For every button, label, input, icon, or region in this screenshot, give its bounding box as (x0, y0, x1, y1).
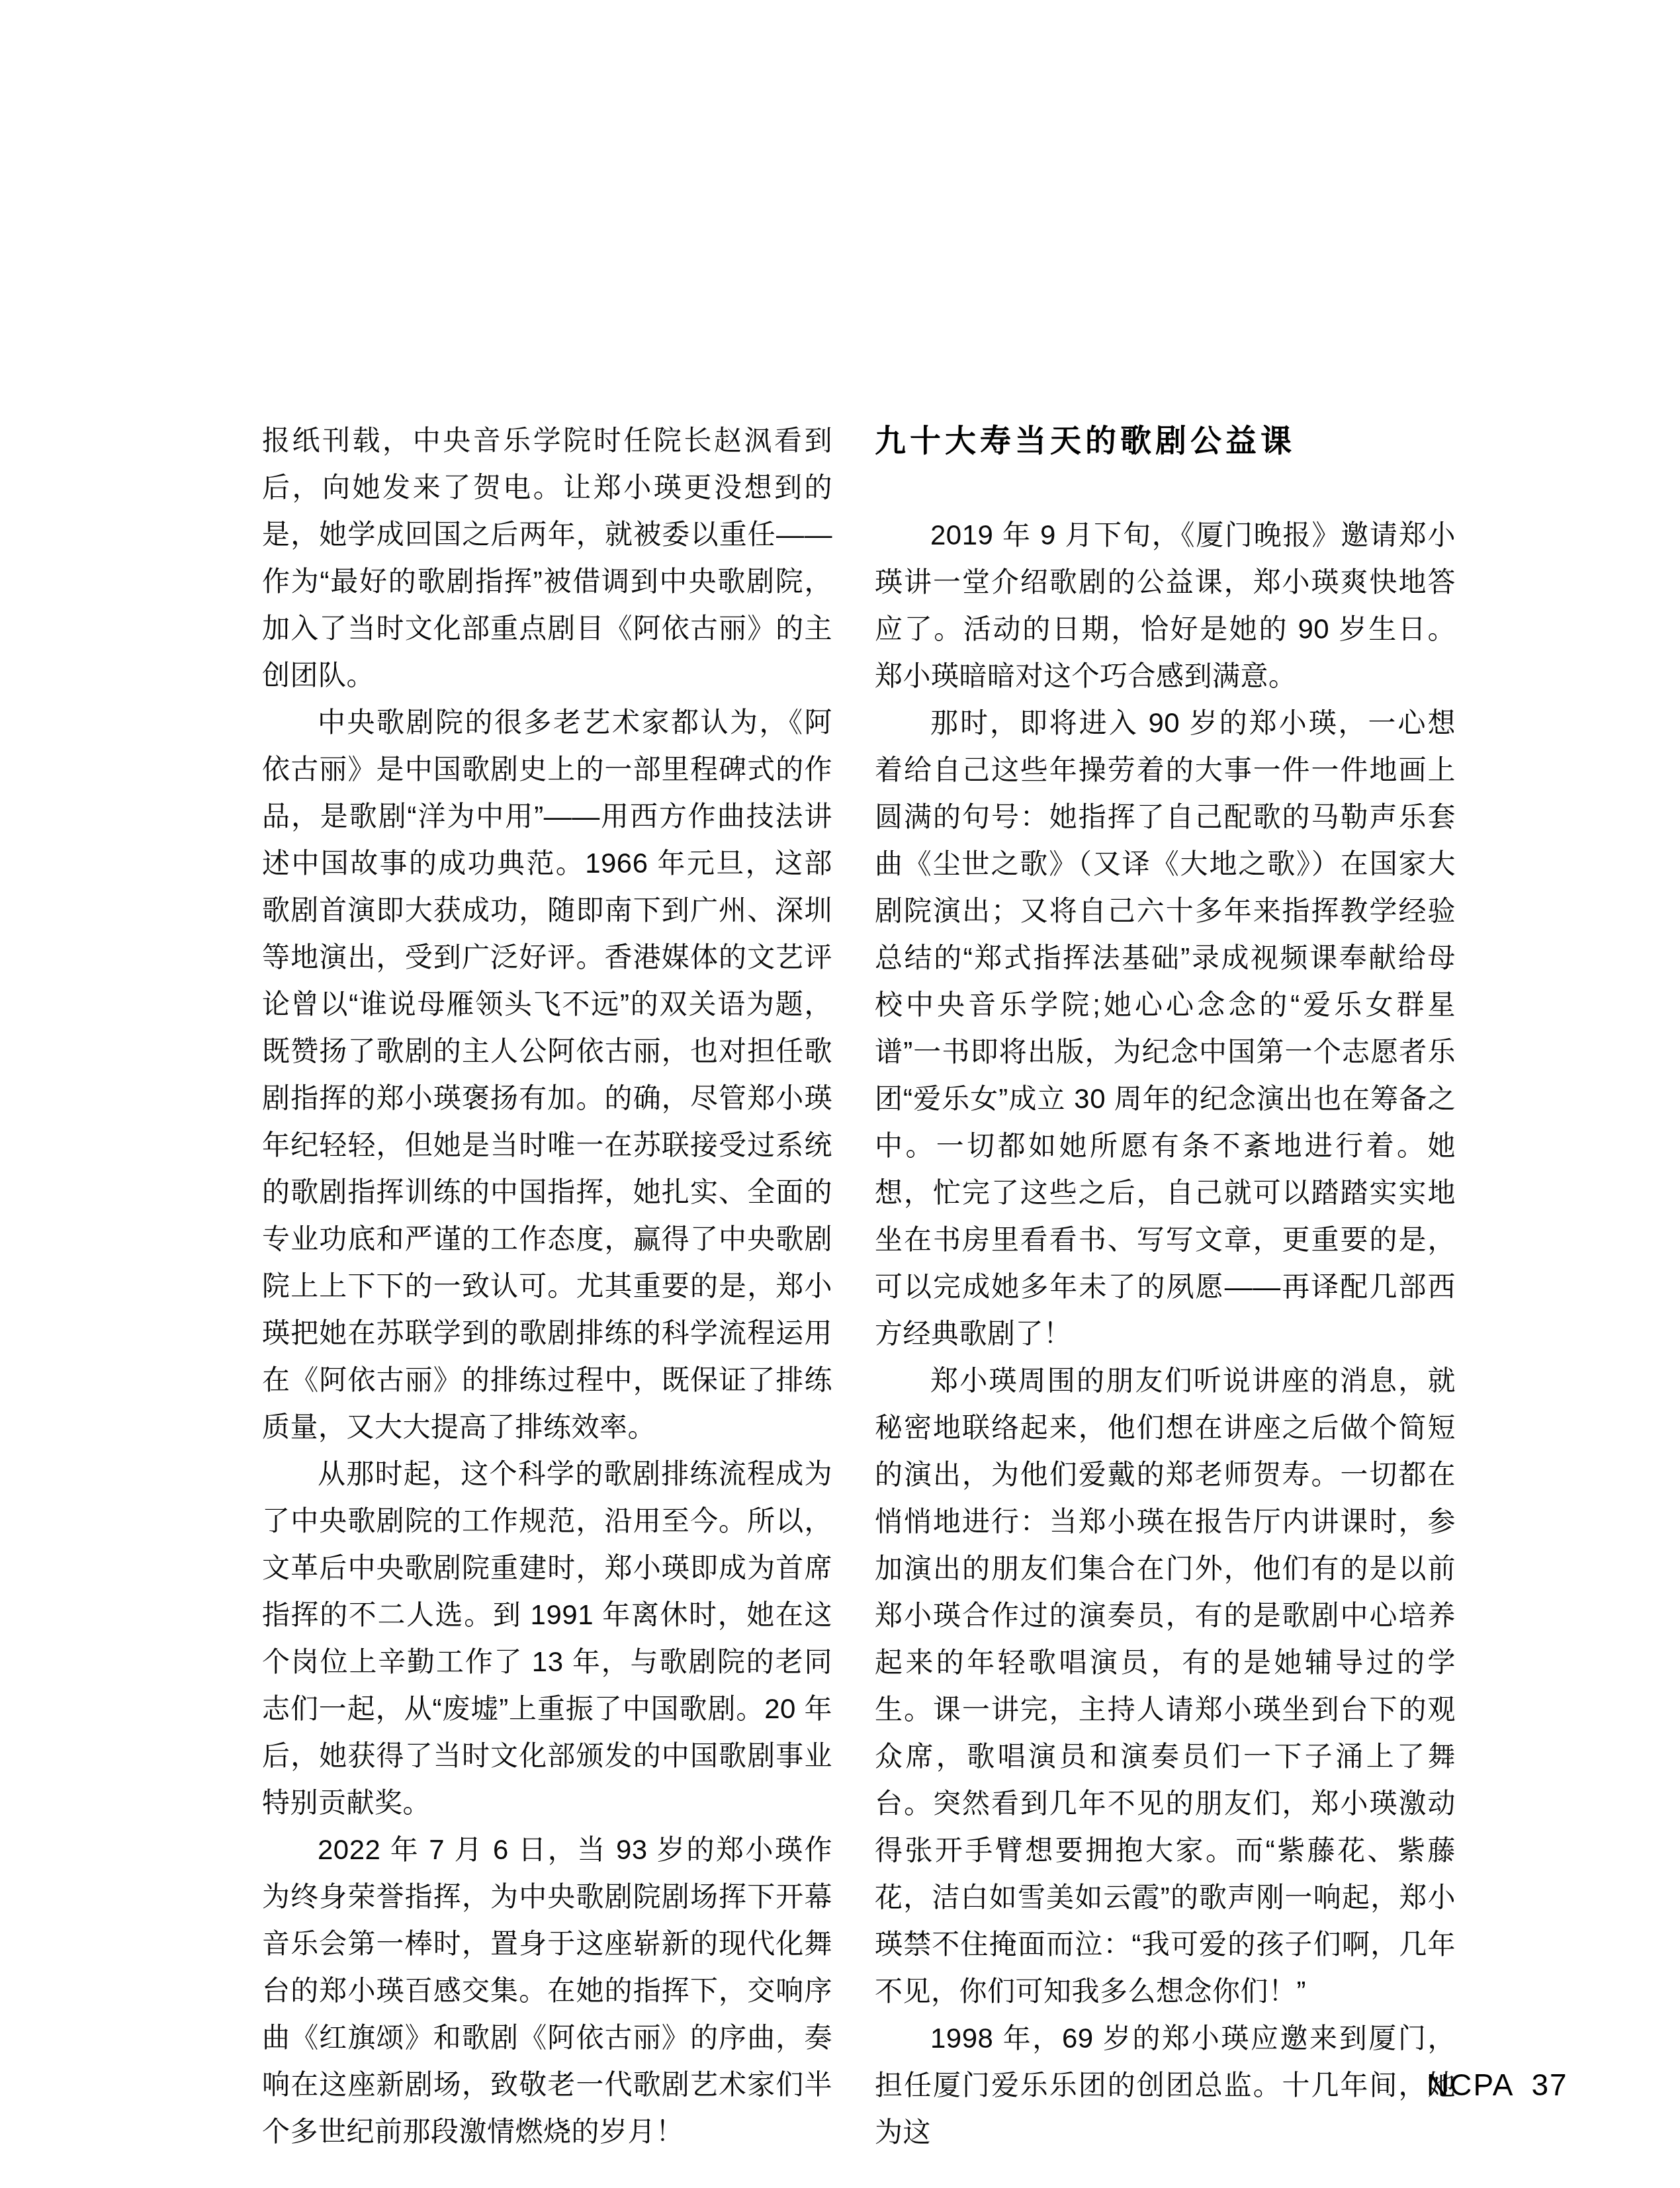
paragraph: 2022 年 7 月 6 日，当 93 岁的郑小瑛作为终身荣誉指挥，为中央歌剧院… (262, 1826, 832, 2155)
footer-page-number: 37 (1531, 2068, 1568, 2102)
paragraph: 1998 年，69 岁的郑小瑛应邀来到厦门，担任厦门爱乐乐团的创团总监。十几年间… (875, 2015, 1456, 2156)
section-heading: 九十大寿当天的歌剧公益课 (875, 417, 1456, 464)
magazine-page: 报纸刊载，中央音乐学院时任院长赵沨看到后，向她发来了贺电。让郑小瑛更没想到的是，… (0, 0, 1680, 2188)
paragraph: 从那时起，这个科学的歌剧排练流程成为了中央歌剧院的工作规范，沿用至今。所以，文革… (262, 1450, 832, 1826)
paragraph: 那时，即将进入 90 岁的郑小瑛，一心想着给自己这些年操劳着的大事一件一件地画上… (875, 699, 1456, 1357)
paragraph: 2019 年 9 月下旬，《厦门晚报》邀请郑小瑛讲一堂介绍歌剧的公益课，郑小瑛爽… (875, 511, 1456, 699)
page-footer: NCPA37 (1427, 2068, 1568, 2101)
left-text-column: 报纸刊载，中央音乐学院时任院长赵沨看到后，向她发来了贺电。让郑小瑛更没想到的是，… (262, 417, 832, 2155)
paragraph: 郑小瑛周围的朋友们听说讲座的消息，就秘密地联络起来，他们想在讲座之后做个简短的演… (875, 1357, 1456, 2015)
paragraph: 报纸刊载，中央音乐学院时任院长赵沨看到后，向她发来了贺电。让郑小瑛更没想到的是，… (262, 417, 832, 699)
paragraph: 中央歌剧院的很多老艺术家都认为，《阿依古丽》是中国歌剧史上的一部里程碑式的作品，… (262, 699, 832, 1450)
right-text-column: 九十大寿当天的歌剧公益课 2019 年 9 月下旬，《厦门晚报》邀请郑小瑛讲一堂… (875, 417, 1456, 2156)
footer-brand: NCPA (1427, 2068, 1514, 2102)
